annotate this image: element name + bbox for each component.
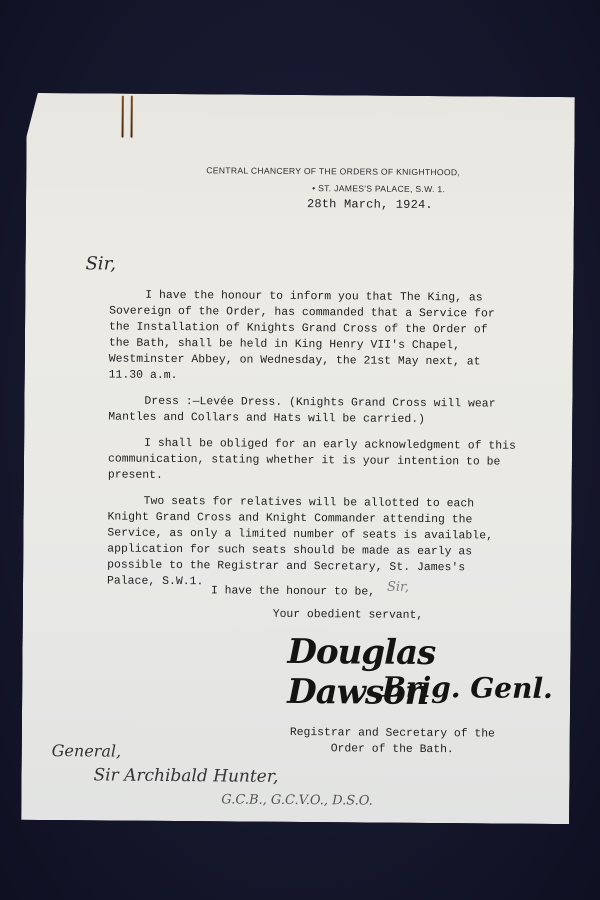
signatory-title: Registrar and Secretary of the Order of … (290, 725, 495, 759)
closing-line: I have the honour to be, (211, 585, 375, 598)
letterhead-line2: ST. JAMES'S PALACE, S.W. 1. (206, 179, 460, 198)
signatory-title-line1: Registrar and Secretary of the (290, 725, 495, 743)
staple-mark (122, 96, 124, 138)
salutation: Sir, (85, 253, 116, 274)
letterhead: CENTRAL CHANCERY OF THE ORDERS OF KNIGHT… (206, 162, 460, 198)
letter-body: I have the honour to inform you that The… (107, 288, 529, 603)
signatory-title-line2: Order of the Bath. (290, 741, 495, 759)
folded-corner (7, 93, 42, 153)
letter-date: 28th March, 1924. (307, 197, 433, 212)
addressee-rank: General, (52, 741, 122, 761)
addressee-name: Sir Archibald Hunter, (93, 765, 278, 786)
pencil-annotation: Sir, (387, 580, 409, 595)
closing-servant: Your obedient servant, (273, 609, 423, 622)
letterhead-line1: CENTRAL CHANCERY OF THE ORDERS OF KNIGHT… (206, 162, 460, 181)
letterhead-dot: • (312, 180, 315, 197)
signature-rank: Brig. Genl. (382, 671, 553, 705)
paragraph-acknowledgment: I shall be obliged for an early acknowle… (108, 436, 528, 487)
letter-sheet: CENTRAL CHANCERY OF THE ORDERS OF KNIGHT… (21, 93, 575, 824)
staple-mark (131, 96, 133, 138)
paragraph-service: I have the honour to inform you that The… (109, 288, 530, 387)
paragraph-dress: Dress :—Levée Dress. (Knights Grand Cros… (108, 394, 528, 429)
addressee-honours: G.C.B., G.C.V.O., D.S.O. (221, 792, 373, 808)
paragraph-seats: Two seats for relatives will be allotted… (107, 494, 528, 593)
